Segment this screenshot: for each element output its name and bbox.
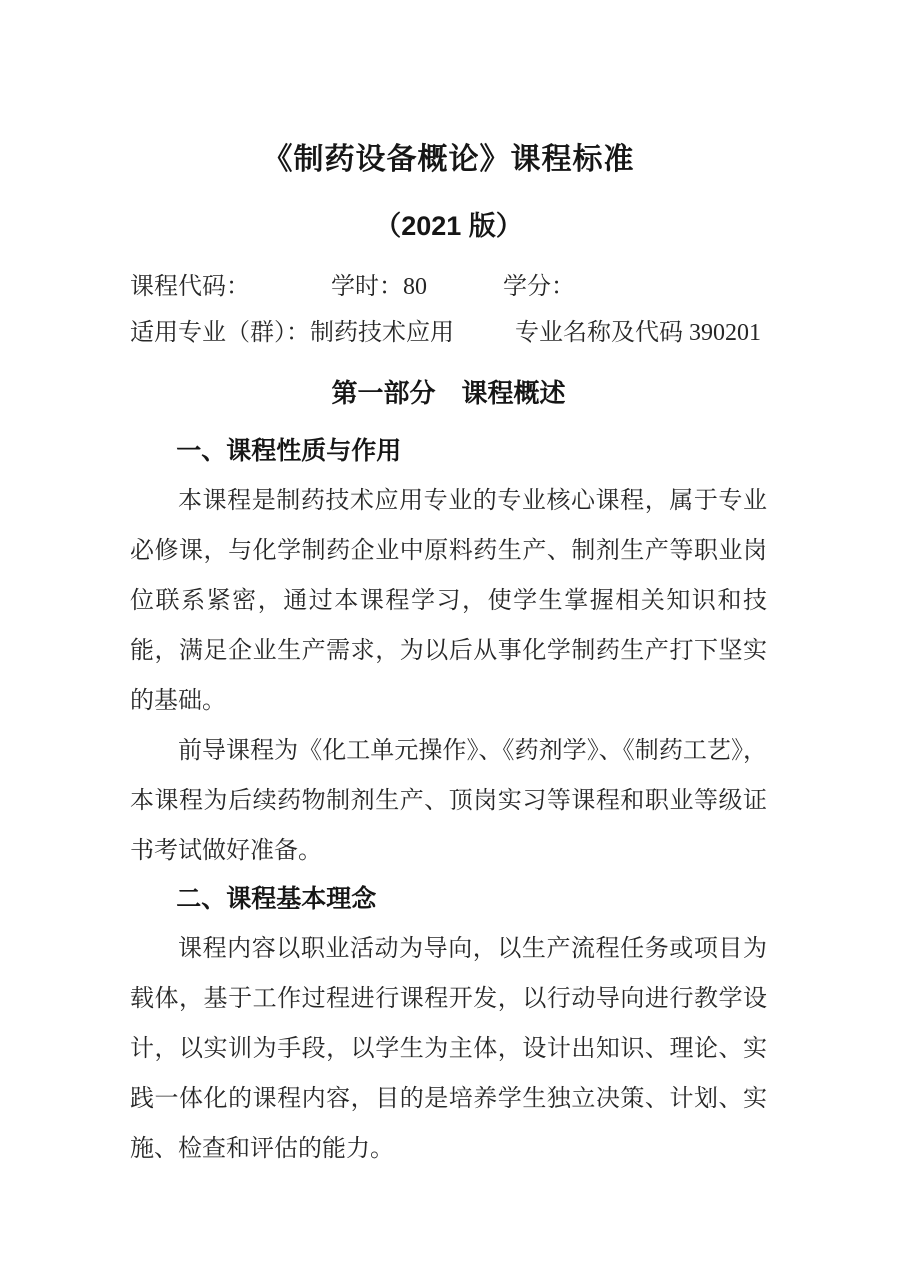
hours-value: 80 [403, 274, 427, 300]
meta-row-1: 课程代码：学时：80学分： [130, 264, 767, 310]
credits-label: 学分： [503, 274, 575, 300]
major-code-value: 390201 [689, 320, 761, 346]
document-edition: （2021 版） [130, 208, 767, 244]
credits-field: 学分： [503, 264, 575, 310]
section-2-paragraph-1: 课程内容以职业活动为导向，以生产流程任务或项目为载体，基于工作过程进行课程开发，… [130, 924, 767, 1174]
part-one-heading: 第一部分 课程概述 [130, 376, 767, 410]
section-1-paragraph-1: 本课程是制药技术应用专业的专业核心课程，属于专业必修课，与化学制药企业中原料药生… [130, 476, 767, 726]
document-page: 《制药设备概论》课程标准 （2021 版） 课程代码：学时：80学分： 适用专业… [0, 0, 900, 1272]
document-title: 《制药设备概论》课程标准 [130, 140, 767, 180]
major-code-label: 专业名称及代码 [515, 320, 683, 346]
section-2-heading: 二、课程基本理念 [130, 882, 767, 916]
majors-label: 适用专业（群）： [130, 320, 310, 346]
majors-field: 适用专业（群）：制药技术应用 [130, 310, 515, 356]
meta-row-2: 适用专业（群）：制药技术应用专业名称及代码390201 [130, 310, 767, 356]
course-meta: 课程代码：学时：80学分： 适用专业（群）：制药技术应用专业名称及代码39020… [130, 264, 767, 356]
course-code-label: 课程代码： [130, 274, 250, 300]
hours-field: 学时：80 [331, 264, 503, 310]
hours-label: 学时： [331, 274, 403, 300]
section-1-paragraph-2: 前导课程为《化工单元操作》、《药剂学》、《制药工艺》，本课程为后续药物制剂生产、… [130, 726, 767, 876]
course-code-field: 课程代码： [130, 264, 331, 310]
majors-value: 制药技术应用 [310, 320, 454, 346]
section-1-heading: 一、课程性质与作用 [130, 434, 767, 468]
major-code-field: 专业名称及代码390201 [515, 310, 761, 356]
